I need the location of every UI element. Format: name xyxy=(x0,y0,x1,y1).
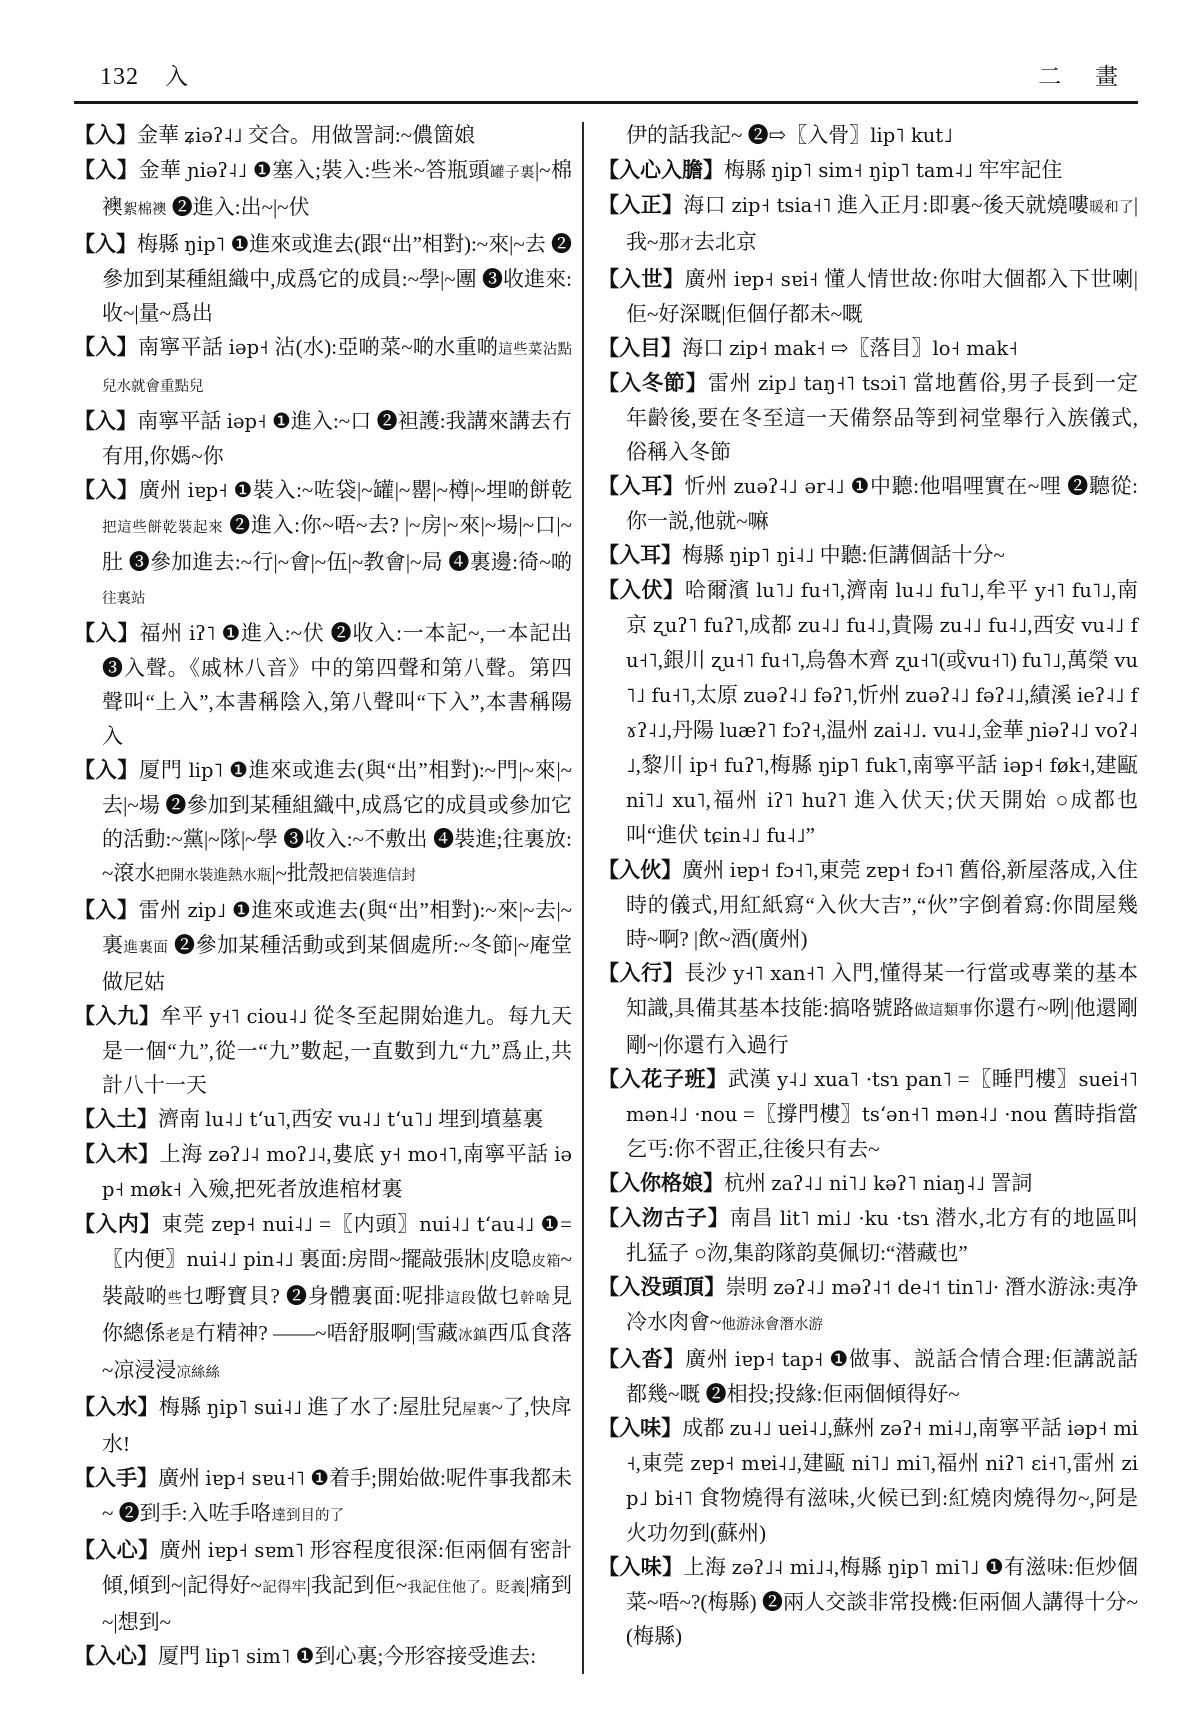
entry-phonetic: zu˨˩ fu˨˩ xyxy=(798,614,886,637)
entry-text: 交合。用做詈詞:~儂箇娘 xyxy=(243,123,475,147)
entry-text: ,績溪 xyxy=(1024,683,1077,707)
entry-text: |~批殼 xyxy=(271,861,329,885)
entry-text: ,成都 xyxy=(744,613,798,637)
entry-gloss-small: 往裏站 xyxy=(102,591,146,607)
entry-text: =〖撐門樓〗 xyxy=(737,1102,862,1126)
entry-phonetic: zip˩ xyxy=(188,899,227,922)
entry-text: 南寧平話 xyxy=(138,335,229,359)
dictionary-entry: 【入没頭頂】崇明 zəʔ˨˩ məʔ˨˦ de˨˦ tin˥˩· 潛水游泳:夷净… xyxy=(598,1270,1138,1342)
entry-phonetic: zuəʔ˨˩ fəʔ˨˩ xyxy=(905,684,1024,707)
entry-headword: 【入目】 xyxy=(598,336,682,360)
entry-gloss-small: 幹啥 xyxy=(520,1291,551,1307)
entry-phonetic: ts‘ən˧˥ mən˨˩ ·nou xyxy=(862,1103,1047,1126)
entry-text: ) xyxy=(1010,648,1022,672)
entry-phonetic: zɐp˧ nui˨˩ xyxy=(211,1213,313,1236)
entry-phonetic: zuəʔ˨˩ ər˨˩ xyxy=(734,475,845,498)
entry-headword: 【入伙】 xyxy=(598,858,682,882)
entry-phonetic: zai˨˩. vu˨˩ xyxy=(874,719,977,742)
entry-text: 梅縣 xyxy=(159,1395,207,1419)
entry-text: ❶到心裏;今形容接受進去: xyxy=(290,1644,536,1668)
entry-phonetic: zəʔ˩˨ moʔ˩˨ xyxy=(208,1143,326,1166)
entry-gloss-small: 屋裏 xyxy=(462,1402,491,1418)
dictionary-entry: 【入】金華 ɲiəʔ˨˩ ❶塞入;裝入:些米~答瓶頭罐子裏|~棉襖絮棉襖 ❷進入… xyxy=(74,153,572,227)
entry-text: 南寧平話 xyxy=(137,409,227,433)
entry-text: ,福州 xyxy=(706,788,767,812)
entry-text: 金華 xyxy=(137,123,184,147)
entry-text: 廣州 xyxy=(685,267,734,291)
entry-phonetic: zu˨˩ fu˨˩ xyxy=(940,614,1028,637)
dictionary-entry: 【入沓】廣州 iɐp˧ tap˧ ❶做事、説話合情合理:佢講説話都幾~嘅 ❷相投… xyxy=(598,1342,1138,1411)
entry-phonetic: tɕin˨˩ fu˨˩ xyxy=(704,824,806,847)
entry-text: 牢牢記住 xyxy=(973,158,1062,182)
entry-text: ,福州 xyxy=(931,1451,986,1475)
entry-text: ,銀川 xyxy=(658,648,711,672)
header-rule xyxy=(74,101,1138,104)
entry-gloss-small: 些 xyxy=(168,1291,183,1307)
entry-text: 廣州 xyxy=(159,1538,207,1562)
entry-text: 哈爾濱 xyxy=(685,578,756,602)
entry-phonetic: fu˥˩ xyxy=(1022,649,1061,672)
entry-phonetic: vu˨˩ t‘u˥˩ xyxy=(338,1108,433,1131)
entry-phonetic: iɐp˧ sɐu˧˥ xyxy=(205,1467,305,1490)
entry-phonetic: ŋip˥ mi˥˩ xyxy=(888,1556,979,1579)
column-right: 伊的話我記~ ❷⇨〖入骨〗lip˥ kut˩【入心入膽】梅縣 ŋip˥ sim˧… xyxy=(584,118,1138,1674)
dictionary-entry: 【入】厦門 lip˥ ❶進來或進去(與“出”相對):~門|~來|~去|~場 ❷參… xyxy=(74,753,572,893)
entry-phonetic: ŋip˥ sim˧ ŋip˥ tam˨˩ xyxy=(771,159,973,182)
entry-phonetic: ŋip˥ sui˨˩ xyxy=(207,1396,302,1419)
entry-text: ❷進入:出~|~伏 xyxy=(167,195,310,219)
entry-phonetic: y˨˩ xua˥ ·tsɿ pan˥ xyxy=(777,1068,952,1091)
entry-text: ,建甌 xyxy=(797,1451,852,1475)
entry-text: |我記到佢~ xyxy=(306,1573,407,1597)
entry-text: 乜嘢寶貝? ❷身體裏面:呢排 xyxy=(183,1284,446,1308)
entry-phonetic: lip˥ kut˩ xyxy=(870,124,953,147)
entry-text: ,西安 xyxy=(1027,613,1081,637)
dictionary-entry: 【入心入膽】梅縣 ŋip˥ sim˧ ŋip˥ tam˨˩ 牢牢記住 xyxy=(598,153,1138,188)
entry-text: 入殮,把死者放進棺材裏 xyxy=(182,1177,403,1201)
entry-headword: 【入心入膽】 xyxy=(598,158,724,182)
entry-headword: 【入你格娘】 xyxy=(598,1171,724,1195)
dictionary-entry: 【入耳】忻州 zuəʔ˨˩ ər˨˩ ❶中聽:他唱哩實在~哩 ❷聽從:你一説,他… xyxy=(598,469,1138,538)
dictionary-entry: 【入味】成都 zu˨˩ uei˨˩,蘇州 zəʔ˧ mi˨˩,南寧平話 iəp˧… xyxy=(598,1411,1138,1550)
entry-text: 牟平 xyxy=(160,1004,209,1028)
entry-text: 金華 xyxy=(138,158,187,182)
entry-phonetic: nui˨˩ pin˨˩ xyxy=(186,1248,293,1271)
entry-text: 裏面:房間~擺敲張牀|皮喼 xyxy=(294,1247,532,1271)
entry-phonetic: zɐp˧ fɔ˧˥ xyxy=(866,859,954,882)
entry-text: ,梅縣 xyxy=(764,753,818,777)
entry-gloss-small: 進裏面 xyxy=(123,940,168,956)
entry-text: ,梅縣 xyxy=(834,1555,888,1579)
entry-gloss-small: 把信裝進信封 xyxy=(329,868,416,884)
entry-gloss-small: 這段 xyxy=(446,1291,477,1307)
entry-headword: 【入花子班】 xyxy=(598,1067,728,1091)
entry-headword: 【入耳】 xyxy=(598,543,682,567)
entry-phonetic: zaʔ˨˩ ni˥˩ kəʔ˥ niaŋ˨˩ xyxy=(771,1172,985,1195)
entry-headword: 【入心】 xyxy=(74,1538,159,1562)
entry-text: ,西安 xyxy=(286,1107,339,1131)
entry-text: 濟南 xyxy=(158,1107,205,1131)
entry-text: 廣州 xyxy=(685,1347,735,1371)
entry-headword: 【入】 xyxy=(74,232,137,256)
entry-text: ,雷州 xyxy=(1067,1451,1122,1475)
entry-phonetic: ʐu˧˥ xyxy=(895,649,938,672)
entry-phonetic: zuəʔ˨˩ fəʔ˥ xyxy=(743,684,852,707)
entry-gloss-small: 罐子裏 xyxy=(490,165,535,181)
entry-gloss-small: 凉絲絲 xyxy=(176,1365,220,1381)
entry-phonetic: iɐp˧ tap˧ xyxy=(735,1348,824,1371)
entry-text: ,黎川 xyxy=(636,753,690,777)
entry-phonetic: y˧ mo˧˥ xyxy=(380,1143,457,1166)
entry-text: ,丹陽 xyxy=(667,718,720,742)
entry-phonetic: zip˧ mak˧ xyxy=(729,337,825,360)
entry-text: 廣州 xyxy=(682,858,729,882)
entry-text: 梅縣 xyxy=(682,543,729,567)
entry-text: 埋到墳墓裏 xyxy=(433,1107,543,1131)
dictionary-entry: 【入冬節】雷州 zip˩ taŋ˧˥ tsɔi˥ 當地舊俗,男子長到一定年齡後,… xyxy=(598,366,1138,469)
entry-headword: 【入】 xyxy=(74,123,137,147)
dictionary-entry: 【入耳】梅縣 ŋip˥ ŋi˨˩ 中聽:佢講個話十分~ xyxy=(598,538,1138,573)
entry-phonetic: iʔ˥ huʔ˥ xyxy=(767,789,847,812)
entry-text: ,東莞 xyxy=(813,858,866,882)
entry-headword: 【入九】 xyxy=(74,1004,160,1028)
entry-text: (或 xyxy=(939,648,967,672)
entry-text: 伊的話我記~ ❷⇨〖入骨〗 xyxy=(626,123,870,147)
entry-headword: 【入没頭頂】 xyxy=(598,1275,725,1299)
entry-phonetic: lit˥ mi˩ ·ku ·tsɿ xyxy=(780,1207,929,1230)
entry-headword: 【入世】 xyxy=(598,267,685,291)
entry-text: 廣州 xyxy=(139,478,188,502)
entry-phonetic: zu˨˩ uei˨˩ xyxy=(730,1417,828,1440)
dictionary-entry: 【入水】梅縣 ŋip˥ sui˨˩ 進了水了:屋肚兒屋裏~了,快戽水! xyxy=(74,1390,572,1461)
entry-text: ,牟平 xyxy=(979,578,1034,602)
dictionary-entry: 【入】南寧平話 iəp˧ ❶進入:~口 ❷袒護:我講來講去冇有用,你媽~你 xyxy=(74,404,572,473)
entry-headword: 【入】 xyxy=(74,158,138,182)
entry-phonetic: ni˥˩ xu˥ xyxy=(626,789,706,812)
entry-text: 崇明 xyxy=(725,1275,773,1299)
dictionary-entry: 【入心】厦門 lip˥ sim˥ ❶到心裏;今形容接受進去: xyxy=(74,1639,572,1674)
entry-headword: 【入内】 xyxy=(74,1212,161,1236)
entry-text: ,烏魯木齊 xyxy=(800,648,895,672)
entry-headword: 【入味】 xyxy=(598,1416,682,1440)
entry-phonetic: ɲiəʔ˨˩ xyxy=(187,159,247,182)
entry-headword: 【入伏】 xyxy=(598,578,685,602)
entry-phonetic: zip˩ taŋ˧˥ tsɔi˥ xyxy=(758,372,907,395)
dictionary-entry: 【入九】牟平 y˧˥ ciou˨˩ 從冬至起開始進九。每九天是一個“九”,從一“… xyxy=(74,999,572,1102)
entry-text: ,南寧平話 xyxy=(457,1142,554,1166)
entry-text: ” xyxy=(806,823,815,847)
entry-text: 做乜 xyxy=(477,1284,521,1308)
entry-text: ❶裝入:~咗袋|~罐|~罌|~樽|~埋啲餅乾 xyxy=(228,478,572,502)
entry-gloss-small: 皮箱 xyxy=(531,1254,560,1270)
entry-text: =〖睡門樓〗 xyxy=(952,1067,1079,1091)
dictionary-entry: 【入行】長沙 y˧˥ xan˧˥ 入門,懂得某一行當或專業的基本知識,具備其基本… xyxy=(598,956,1138,1062)
entry-phonetic: ŋip˥ ŋi˨˩ xyxy=(729,544,814,567)
dictionary-entry: 【入你格娘】杭州 zaʔ˨˩ ni˥˩ kəʔ˥ niaŋ˨˩ 詈詞 xyxy=(598,1166,1138,1201)
entry-phonetic: luæʔ˥ fɔʔ˧ xyxy=(719,719,821,742)
entry-phonetic: zəʔ˧ mi˨˩ xyxy=(880,1417,972,1440)
entry-text: 上海 xyxy=(160,1142,209,1166)
entry-text: 去北京 xyxy=(694,230,757,254)
entry-continuation: 伊的話我記~ ❷⇨〖入骨〗lip˥ kut˩ xyxy=(598,118,1138,153)
dictionary-entry: 【入正】海口 zip˧ tsia˧˥ 進入正月:即裏~後天就燒嘍暖和了|我~那才… xyxy=(598,188,1138,262)
entry-phonetic: ʐu˧˥ fu˧˥ xyxy=(711,649,800,672)
entry-headword: 【入】 xyxy=(74,478,139,502)
entry-headword: 【入心】 xyxy=(74,1644,158,1668)
entry-phonetic: iəp˧ xyxy=(229,336,269,359)
entry-phonetic: y˧˥ ciou˨˩ xyxy=(210,1005,308,1028)
dictionary-page: 132 入 二 畫 【入】金華 ʑiəʔ˨˩ 交合。用做詈詞:~儂箇娘【入】金華… xyxy=(0,0,1200,1724)
entry-text: ,太原 xyxy=(691,683,744,707)
entry-text: ⇨〖落目〗 xyxy=(826,336,933,360)
stroke-count-label: 二 畫 xyxy=(1038,58,1132,91)
entry-phonetic: niʔ˥ ɛi˧˥ xyxy=(986,1452,1067,1475)
entry-text: ,貴陽 xyxy=(886,613,940,637)
dictionary-entry: 【入味】上海 zəʔ˩˨ mi˩˨,梅縣 ŋip˥ mi˥˩ ❶有滋味:佢炒個菜… xyxy=(598,1550,1138,1653)
entry-text: ❶塞入;裝入:些米~答瓶頭 xyxy=(247,158,490,182)
entry-headword: 【入手】 xyxy=(74,1466,158,1490)
entry-text: ,南寧平話 xyxy=(907,753,1004,777)
entry-gloss-small: 暖和了 xyxy=(1089,200,1133,216)
entry-gloss-small: 把開水裝進熱水瓶 xyxy=(155,868,271,884)
dictionary-entry: 【入】廣州 iɐp˧ ❶裝入:~咗袋|~罐|~罌|~樽|~埋啲餅乾把這些餅乾裝起… xyxy=(74,473,572,616)
entry-text: ❷參加某種活動或到某個處所:~冬節|~庵堂做尼姑 xyxy=(102,933,572,994)
dictionary-entry: 【入】金華 ʑiəʔ˨˩ 交合。用做詈詞:~儂箇娘 xyxy=(74,118,572,153)
dictionary-entry: 【入】南寧平話 iəp˧ 沾(水):亞啲菜~啲水重啲這些菜沾點兒水就會重點兒 xyxy=(74,330,572,404)
column-left: 【入】金華 ʑiəʔ˨˩ 交合。用做詈詞:~儂箇娘【入】金華 ɲiəʔ˨˩ ❶塞… xyxy=(74,118,582,1674)
entry-phonetic: iʔ˥ xyxy=(189,622,215,645)
entry-phonetic: y˧˥ fu˥˩ xyxy=(1035,579,1111,602)
entry-text: =〖内頭〗 xyxy=(313,1212,419,1236)
entry-text: 冇精神? ——~唔舒服啊|雪藏 xyxy=(195,1321,458,1345)
entry-gloss-small: 絮棉襖 xyxy=(123,202,167,218)
entry-headword: 【入耳】 xyxy=(598,474,685,498)
entry-phonetic: iɐp˧ fɔ˧˥ xyxy=(730,859,814,882)
entry-text: 成都 xyxy=(682,1416,729,1440)
entry-text: 梅縣 xyxy=(724,158,771,182)
entry-text: 上海 xyxy=(683,1555,731,1579)
section-character: 入 xyxy=(165,58,188,91)
page-number: 132 xyxy=(100,64,139,91)
entry-phonetic: iɐp˧ sɐm˥ xyxy=(208,1539,304,1562)
entry-headword: 【入冬節】 xyxy=(598,371,708,395)
entry-text: ,金華 xyxy=(976,718,1029,742)
entry-text: 杭州 xyxy=(724,1171,771,1195)
entry-gloss-small: 達到目的了 xyxy=(271,1508,344,1524)
entry-phonetic: zip˧ tsia˧˥ xyxy=(731,194,831,217)
entry-phonetic: iɐp˧ sɐi˧ xyxy=(734,268,818,291)
dictionary-entry: 【入土】濟南 lu˨˩ t‘u˥,西安 vu˨˩ t‘u˥˩ 埋到墳墓裏 xyxy=(74,1102,572,1137)
entry-phonetic: ʑiəʔ˨˩ xyxy=(184,124,242,147)
entry-text: ,南寧平話 xyxy=(972,1416,1067,1440)
entry-gloss-small: 冰鎮 xyxy=(458,1328,487,1344)
dictionary-entry: 【入世】廣州 iɐp˧ sɐi˧ 懂人情世故:你咁大個都入下世喇|佢~好深嘅|佢… xyxy=(598,262,1138,331)
entry-phonetic: vu˧˥ xyxy=(967,649,1010,672)
entry-phonetic: ʐuʔ˥ fuʔ˥ xyxy=(653,614,744,637)
entry-gloss-small: 他游泳會潛水游 xyxy=(721,1317,823,1333)
entry-headword: 【入土】 xyxy=(74,1107,158,1131)
text-columns: 【入】金華 ʑiəʔ˨˩ 交合。用做詈詞:~儂箇娘【入】金華 ɲiəʔ˨˩ ❶塞… xyxy=(74,118,1138,1674)
dictionary-entry: 【入心】廣州 iɐp˧ sɐm˥ 形容程度很深:佢兩個有密計傾,傾到~|記得好~… xyxy=(74,1533,572,1639)
entry-phonetic: iəp˧ føk˧ xyxy=(1003,754,1090,777)
entry-phonetic: ŋip˥ xyxy=(184,233,225,256)
entry-text: 海口 xyxy=(683,193,731,217)
entry-text: 梅縣 xyxy=(137,232,184,256)
entry-text: 雷州 xyxy=(708,371,758,395)
entry-headword: 【入】 xyxy=(74,621,139,645)
entry-phonetic: ip˧ fuʔ˥ xyxy=(689,754,764,777)
entry-gloss-small: 記得牢 xyxy=(262,1580,306,1596)
entry-phonetic: lo˧ mak˧ xyxy=(932,337,1017,360)
entry-phonetic: ni˥˩ mi˥ xyxy=(852,1452,931,1475)
entry-headword: 【入】 xyxy=(74,758,139,782)
entry-headword: 【入木】 xyxy=(74,1142,160,1166)
dictionary-entry: 【入手】廣州 iɐp˧ sɐu˧˥ ❶着手;開始做:呢件事我都未~ ❷到手:入咗… xyxy=(74,1461,572,1533)
entry-phonetic: nui˨˩ t‘au˨˩ xyxy=(419,1213,534,1236)
entry-headword: 【入味】 xyxy=(598,1555,683,1579)
entry-text: 雷州 xyxy=(139,898,188,922)
entry-phonetic: y˧˥ xan˧˥ xyxy=(733,962,824,985)
entry-phonetic: iɐp˧ xyxy=(188,479,228,502)
entry-headword: 【入沕古子】 xyxy=(598,1206,730,1230)
dictionary-entry: 【入】梅縣 ŋip˥ ❶進來或進去(跟“出”相對):~來|~去 ❷參加到某種組織… xyxy=(74,227,572,330)
entry-text: 厦門 xyxy=(139,758,188,782)
dictionary-entry: 【入】雷州 zip˩ ❶進來或進去(與“出”相對):~來|~去|~裏進裏面 ❷參… xyxy=(74,893,572,999)
entry-text: 長沙 xyxy=(684,961,733,985)
entry-text: ,忻州 xyxy=(853,683,906,707)
entry-text: 廣州 xyxy=(158,1466,205,1490)
entry-text: ,温州 xyxy=(821,718,874,742)
entry-headword: 【入行】 xyxy=(598,961,684,985)
entry-text: 中聽:佢講個話十分~ xyxy=(814,543,1004,567)
entry-text: ,蘇州 xyxy=(828,1416,881,1440)
dictionary-entry: 【入内】東莞 zɐp˧ nui˨˩ =〖内頭〗nui˨˩ t‘au˨˩ ❶=〖内… xyxy=(74,1207,572,1390)
entry-text: 進了水了:屋肚兒 xyxy=(302,1395,462,1419)
dictionary-entry: 【入目】海口 zip˧ mak˧ ⇨〖落目〗lo˧ mak˧ xyxy=(598,331,1138,366)
entry-headword: 【入】 xyxy=(74,335,138,359)
entry-phonetic: ŋip˥ fuk˥ xyxy=(818,754,907,777)
entry-text: 厦門 xyxy=(158,1644,205,1668)
entry-text: ,婁底 xyxy=(326,1142,380,1166)
entry-text: 南昌 xyxy=(730,1206,780,1230)
entry-text: ,濟南 xyxy=(840,578,895,602)
entry-text: 進入正月:即裏~後天就燒嘍 xyxy=(832,193,1090,217)
entry-text: 詈詞 xyxy=(985,1171,1032,1195)
dictionary-entry: 【入】福州 iʔ˥ ❶進入:~伏 ❷收入:一本記~,一本記出 ❸入聲。《戚林八音… xyxy=(74,616,572,753)
dictionary-entry: 【入沕古子】南昌 lit˥ mi˩ ·ku ·tsɿ 潜水,北方有的地區叫扎猛子… xyxy=(598,1201,1138,1270)
entry-text: 沾(水):亞啲菜~啲水重啲 xyxy=(269,335,499,359)
entry-headword: 【入】 xyxy=(74,409,137,433)
entry-text: ,萬榮 xyxy=(1061,648,1114,672)
entry-text: ,東莞 xyxy=(636,1451,691,1475)
entry-phonetic: lip˥ sim˥ xyxy=(205,1645,290,1668)
entry-gloss-small: 老是 xyxy=(166,1328,195,1344)
entry-text: 東莞 xyxy=(161,1212,211,1236)
entry-phonetic: lip˥ xyxy=(189,759,224,782)
entry-gloss-small: 做這類事 xyxy=(914,1003,973,1019)
entry-text: ,建甌 xyxy=(1090,753,1138,777)
entry-gloss-small: 把這些餅乾裝起來 xyxy=(102,520,223,536)
entry-phonetic: zəʔ˨˩ məʔ˨˦ de˨˦ tin˥˩· xyxy=(773,1276,999,1299)
entry-text: 海口 xyxy=(682,336,729,360)
entry-gloss-small: 才 xyxy=(679,237,694,253)
dictionary-entry: 【入伏】哈爾濱 lu˥˩ fu˧˥,濟南 lu˨˩ fu˥˩,牟平 y˧˥ fu… xyxy=(598,573,1138,853)
entry-text: 食物燒得有滋味,火候已到:紅燒肉燒得勿~,阿是火功勿到(蘇州) xyxy=(626,1486,1138,1545)
entry-phonetic: lu˥˩ fu˧˥ xyxy=(756,579,840,602)
entry-phonetic: lu˨˩ t‘u˥ xyxy=(205,1108,285,1131)
entry-phonetic: lu˨˩ fu˥˩ xyxy=(895,579,979,602)
entry-headword: 【入沓】 xyxy=(598,1347,685,1371)
entry-headword: 【入】 xyxy=(74,898,139,922)
dictionary-entry: 【入伙】廣州 iɐp˧ fɔ˧˥,東莞 zɐp˧ fɔ˧˥ 舊俗,新屋落成,入住… xyxy=(598,853,1138,956)
entry-gloss-small: 我記住他了。貶義 xyxy=(407,1580,525,1596)
entry-phonetic: zəʔ˩˨ mi˩˨ xyxy=(732,1556,834,1579)
entry-text: 武漢 xyxy=(728,1067,777,1091)
entry-phonetic: iəp˧ xyxy=(227,410,267,433)
entry-text: 福州 xyxy=(139,621,189,645)
entry-headword: 【入正】 xyxy=(598,193,683,217)
entry-phonetic: zɐp˧ mɐi˨˩ xyxy=(690,1452,796,1475)
dictionary-entry: 【入花子班】武漢 y˨˩ xua˥ ·tsɿ pan˥ =〖睡門樓〗suei˧˥… xyxy=(598,1062,1138,1166)
dictionary-entry: 【入木】上海 zəʔ˩˨ moʔ˩˨,婁底 y˧ mo˧˥,南寧平話 iəp˧ … xyxy=(74,1137,572,1207)
entry-text: 忻州 xyxy=(685,474,734,498)
page-header: 132 入 二 畫 xyxy=(74,58,1138,101)
entry-headword: 【入水】 xyxy=(74,1395,159,1419)
